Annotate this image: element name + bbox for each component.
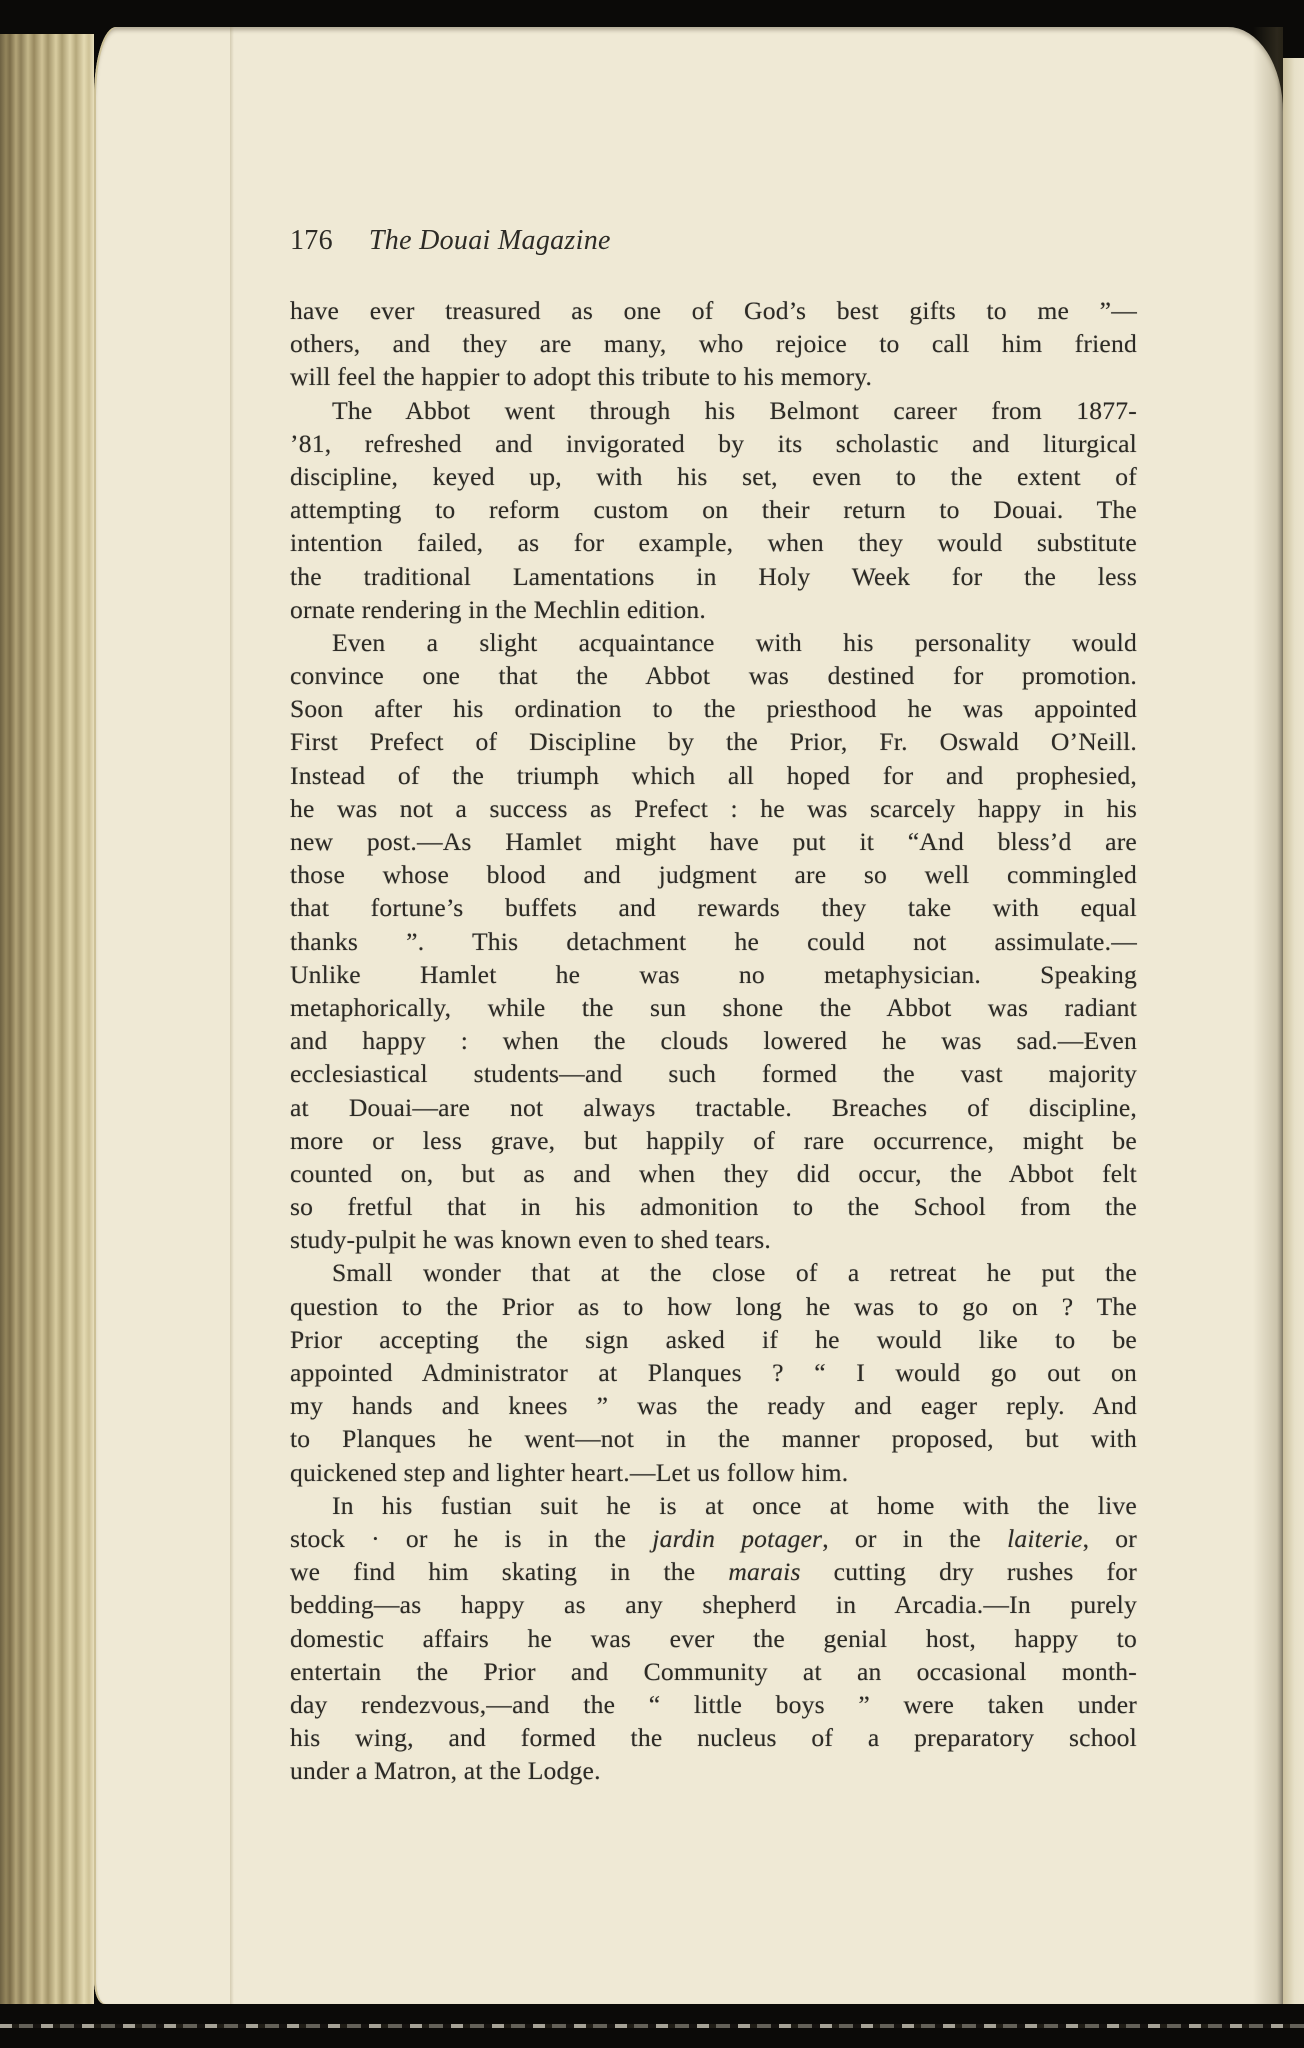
text-segment: counted on, but as and when they did occ… (290, 1159, 1137, 1188)
text-line: at Douai—are not always tractable. Breac… (290, 1091, 1137, 1124)
text-line: and happy : when the clouds lowered he w… (290, 1024, 1137, 1057)
text-line: intention failed, as for example, when t… (290, 526, 1137, 559)
text-segment: First Prefect of Discipline by the Prior… (290, 727, 1137, 756)
text-line: First Prefect of Discipline by the Prior… (290, 725, 1137, 758)
text-segment: that fortune’s buffets and rewards they … (290, 893, 1137, 922)
text-segment: quickened step and lighter heart.—Let us… (290, 1458, 848, 1487)
text-line: day rendezvous,—and the “ little boys ” … (290, 1688, 1137, 1721)
text-line: we find him skating in the marais cuttin… (290, 1555, 1137, 1588)
text-segment: his wing, and formed the nucleus of a pr… (290, 1723, 1137, 1752)
text-line: convince one that the Abbot was destined… (290, 659, 1137, 692)
text-line: my hands and knees ” was the ready and e… (290, 1389, 1137, 1422)
text-segment: cutting dry rushes for (801, 1557, 1137, 1586)
text-segment: under a Matron, at the Lodge. (290, 1756, 601, 1785)
text-segment: Prior accepting the sign asked if he wou… (290, 1325, 1137, 1354)
italic-text: marais (728, 1557, 800, 1586)
text-segment: Unlike Hamlet he was no metaphysician. S… (290, 960, 1137, 989)
text-segment: new post.—As Hamlet might have put it “A… (290, 827, 1137, 856)
text-line: under a Matron, at the Lodge. (290, 1754, 1137, 1787)
text-line: that fortune’s buffets and rewards they … (290, 891, 1137, 924)
text-line: question to the Prior as to how long he … (290, 1290, 1137, 1323)
text-segment: study-pulpit he was known even to shed t… (290, 1225, 771, 1254)
paragraph: Small wonder that at the close of a retr… (290, 1256, 1137, 1488)
text-line: so fretful that in his admonition to the… (290, 1190, 1137, 1223)
text-segment: others, and they are many, who rejoice t… (290, 329, 1137, 358)
scanned-page: 176The Douai Magazine have ever treasure… (94, 27, 1283, 2004)
paragraph: The Abbot went through his Belmont caree… (290, 394, 1137, 626)
text-segment: we find him skating in the (290, 1557, 728, 1586)
italic-text: laiterie (1007, 1524, 1083, 1553)
facing-page-sliver (1283, 58, 1304, 2004)
text-line: his wing, and formed the nucleus of a pr… (290, 1721, 1137, 1754)
text-segment: discipline, keyed up, with his set, even… (290, 462, 1137, 491)
text-segment: the traditional Lamentations in Holy Wee… (290, 562, 1137, 591)
text-segment: those whose blood and judgment are so we… (290, 860, 1137, 889)
text-segment: Small wonder that at the close of a retr… (332, 1258, 1137, 1287)
text-line: bedding—as happy as any shepherd in Arca… (290, 1588, 1137, 1621)
italic-text: jardin potager (652, 1524, 822, 1553)
text-segment: have ever treasured as one of God’s best… (290, 296, 1137, 325)
text-segment: Soon after his ordination to the priesth… (290, 694, 1137, 723)
text-segment: ecclesiastical students—and such formed … (290, 1059, 1137, 1088)
text-segment: intention failed, as for example, when t… (290, 528, 1137, 557)
paragraph: Even a slight acquaintance with his pers… (290, 626, 1137, 1257)
underpage-edge (230, 27, 234, 2004)
text-segment: , or (1083, 1524, 1137, 1553)
text-line: others, and they are many, who rejoice t… (290, 327, 1137, 360)
magazine-title: The Douai Magazine (369, 225, 611, 256)
text-line: have ever treasured as one of God’s best… (290, 294, 1137, 327)
running-head: 176The Douai Magazine (290, 225, 611, 257)
text-segment: at Douai—are not always tractable. Breac… (290, 1093, 1137, 1122)
text-segment: Even a slight acquaintance with his pers… (332, 628, 1137, 657)
text-segment: to Planques he went—not in the manner pr… (290, 1424, 1137, 1453)
text-segment: he was not a success as Prefect : he was… (290, 794, 1137, 823)
page-number: 176 (290, 225, 333, 256)
text-line: study-pulpit he was known even to shed t… (290, 1223, 1137, 1256)
text-line: ecclesiastical students—and such formed … (290, 1057, 1137, 1090)
text-line: ornate rendering in the Mechlin edition. (290, 593, 1137, 626)
text-segment: ’81, refreshed and invigorated by its sc… (290, 429, 1137, 458)
text-line: Prior accepting the sign asked if he wou… (290, 1323, 1137, 1356)
text-segment: so fretful that in his admonition to the… (290, 1192, 1137, 1221)
text-segment: Instead of the triumph which all hoped f… (290, 761, 1137, 790)
text-line: will feel the happier to adopt this trib… (290, 360, 1137, 393)
text-line: metaphorically, while the sun shone the … (290, 991, 1137, 1024)
text-line: entertain the Prior and Community at an … (290, 1655, 1137, 1688)
text-line: In his fustian suit he is at once at hom… (290, 1489, 1137, 1522)
text-line: attempting to reform custom on their ret… (290, 493, 1137, 526)
text-line: to Planques he went—not in the manner pr… (290, 1422, 1137, 1455)
text-line: new post.—As Hamlet might have put it “A… (290, 825, 1137, 858)
text-line: he was not a success as Prefect : he was… (290, 792, 1137, 825)
text-segment: attempting to reform custom on their ret… (290, 495, 1137, 524)
text-line: Soon after his ordination to the priesth… (290, 692, 1137, 725)
text-segment: In his fustian suit he is at once at hom… (332, 1491, 1137, 1520)
text-segment: domestic affairs he was ever the genial … (290, 1624, 1137, 1653)
text-line: ’81, refreshed and invigorated by its sc… (290, 427, 1137, 460)
page-edge-stack (0, 34, 94, 2004)
text-segment: my hands and knees ” was the ready and e… (290, 1391, 1137, 1420)
binding-stitch (0, 2024, 1304, 2028)
text-segment: more or less grave, but happily of rare … (290, 1126, 1137, 1155)
text-line: quickened step and lighter heart.—Let us… (290, 1456, 1137, 1489)
text-segment: question to the Prior as to how long he … (290, 1292, 1137, 1321)
text-segment: ornate rendering in the Mechlin edition. (290, 595, 706, 624)
text-line: more or less grave, but happily of rare … (290, 1124, 1137, 1157)
text-line: Even a slight acquaintance with his pers… (290, 626, 1137, 659)
text-segment: convince one that the Abbot was destined… (290, 661, 1137, 690)
text-line: Small wonder that at the close of a retr… (290, 1256, 1137, 1289)
text-line: domestic affairs he was ever the genial … (290, 1622, 1137, 1655)
text-line: appointed Administrator at Planques ? “ … (290, 1356, 1137, 1389)
text-line: Instead of the triumph which all hoped f… (290, 759, 1137, 792)
page-body: have ever treasured as one of God’s best… (290, 294, 1137, 1787)
text-segment: , or in the (822, 1524, 1007, 1553)
text-segment: and happy : when the clouds lowered he w… (290, 1026, 1137, 1055)
text-segment: entertain the Prior and Community at an … (290, 1657, 1137, 1686)
text-line: the traditional Lamentations in Holy Wee… (290, 560, 1137, 593)
paragraph: have ever treasured as one of God’s best… (290, 294, 1137, 394)
text-line: counted on, but as and when they did occ… (290, 1157, 1137, 1190)
text-segment: will feel the happier to adopt this trib… (290, 362, 872, 391)
text-line: discipline, keyed up, with his set, even… (290, 460, 1137, 493)
text-line: those whose blood and judgment are so we… (290, 858, 1137, 891)
text-line: The Abbot went through his Belmont caree… (290, 394, 1137, 427)
text-line: Unlike Hamlet he was no metaphysician. S… (290, 958, 1137, 991)
text-segment: bedding—as happy as any shepherd in Arca… (290, 1590, 1137, 1619)
text-segment: day rendezvous,—and the “ little boys ” … (290, 1690, 1137, 1719)
text-segment: appointed Administrator at Planques ? “ … (290, 1358, 1137, 1387)
book-scan: 176The Douai Magazine have ever treasure… (0, 0, 1304, 2048)
text-segment: thanks ”. This detachment he could not a… (290, 927, 1137, 956)
text-line: thanks ”. This detachment he could not a… (290, 925, 1137, 958)
text-line: stock · or he is in the jardin potager, … (290, 1522, 1137, 1555)
text-segment: The Abbot went through his Belmont caree… (332, 396, 1137, 425)
text-segment: metaphorically, while the sun shone the … (290, 993, 1137, 1022)
text-segment: stock · or he is in the (290, 1524, 652, 1553)
paragraph: In his fustian suit he is at once at hom… (290, 1489, 1137, 1788)
